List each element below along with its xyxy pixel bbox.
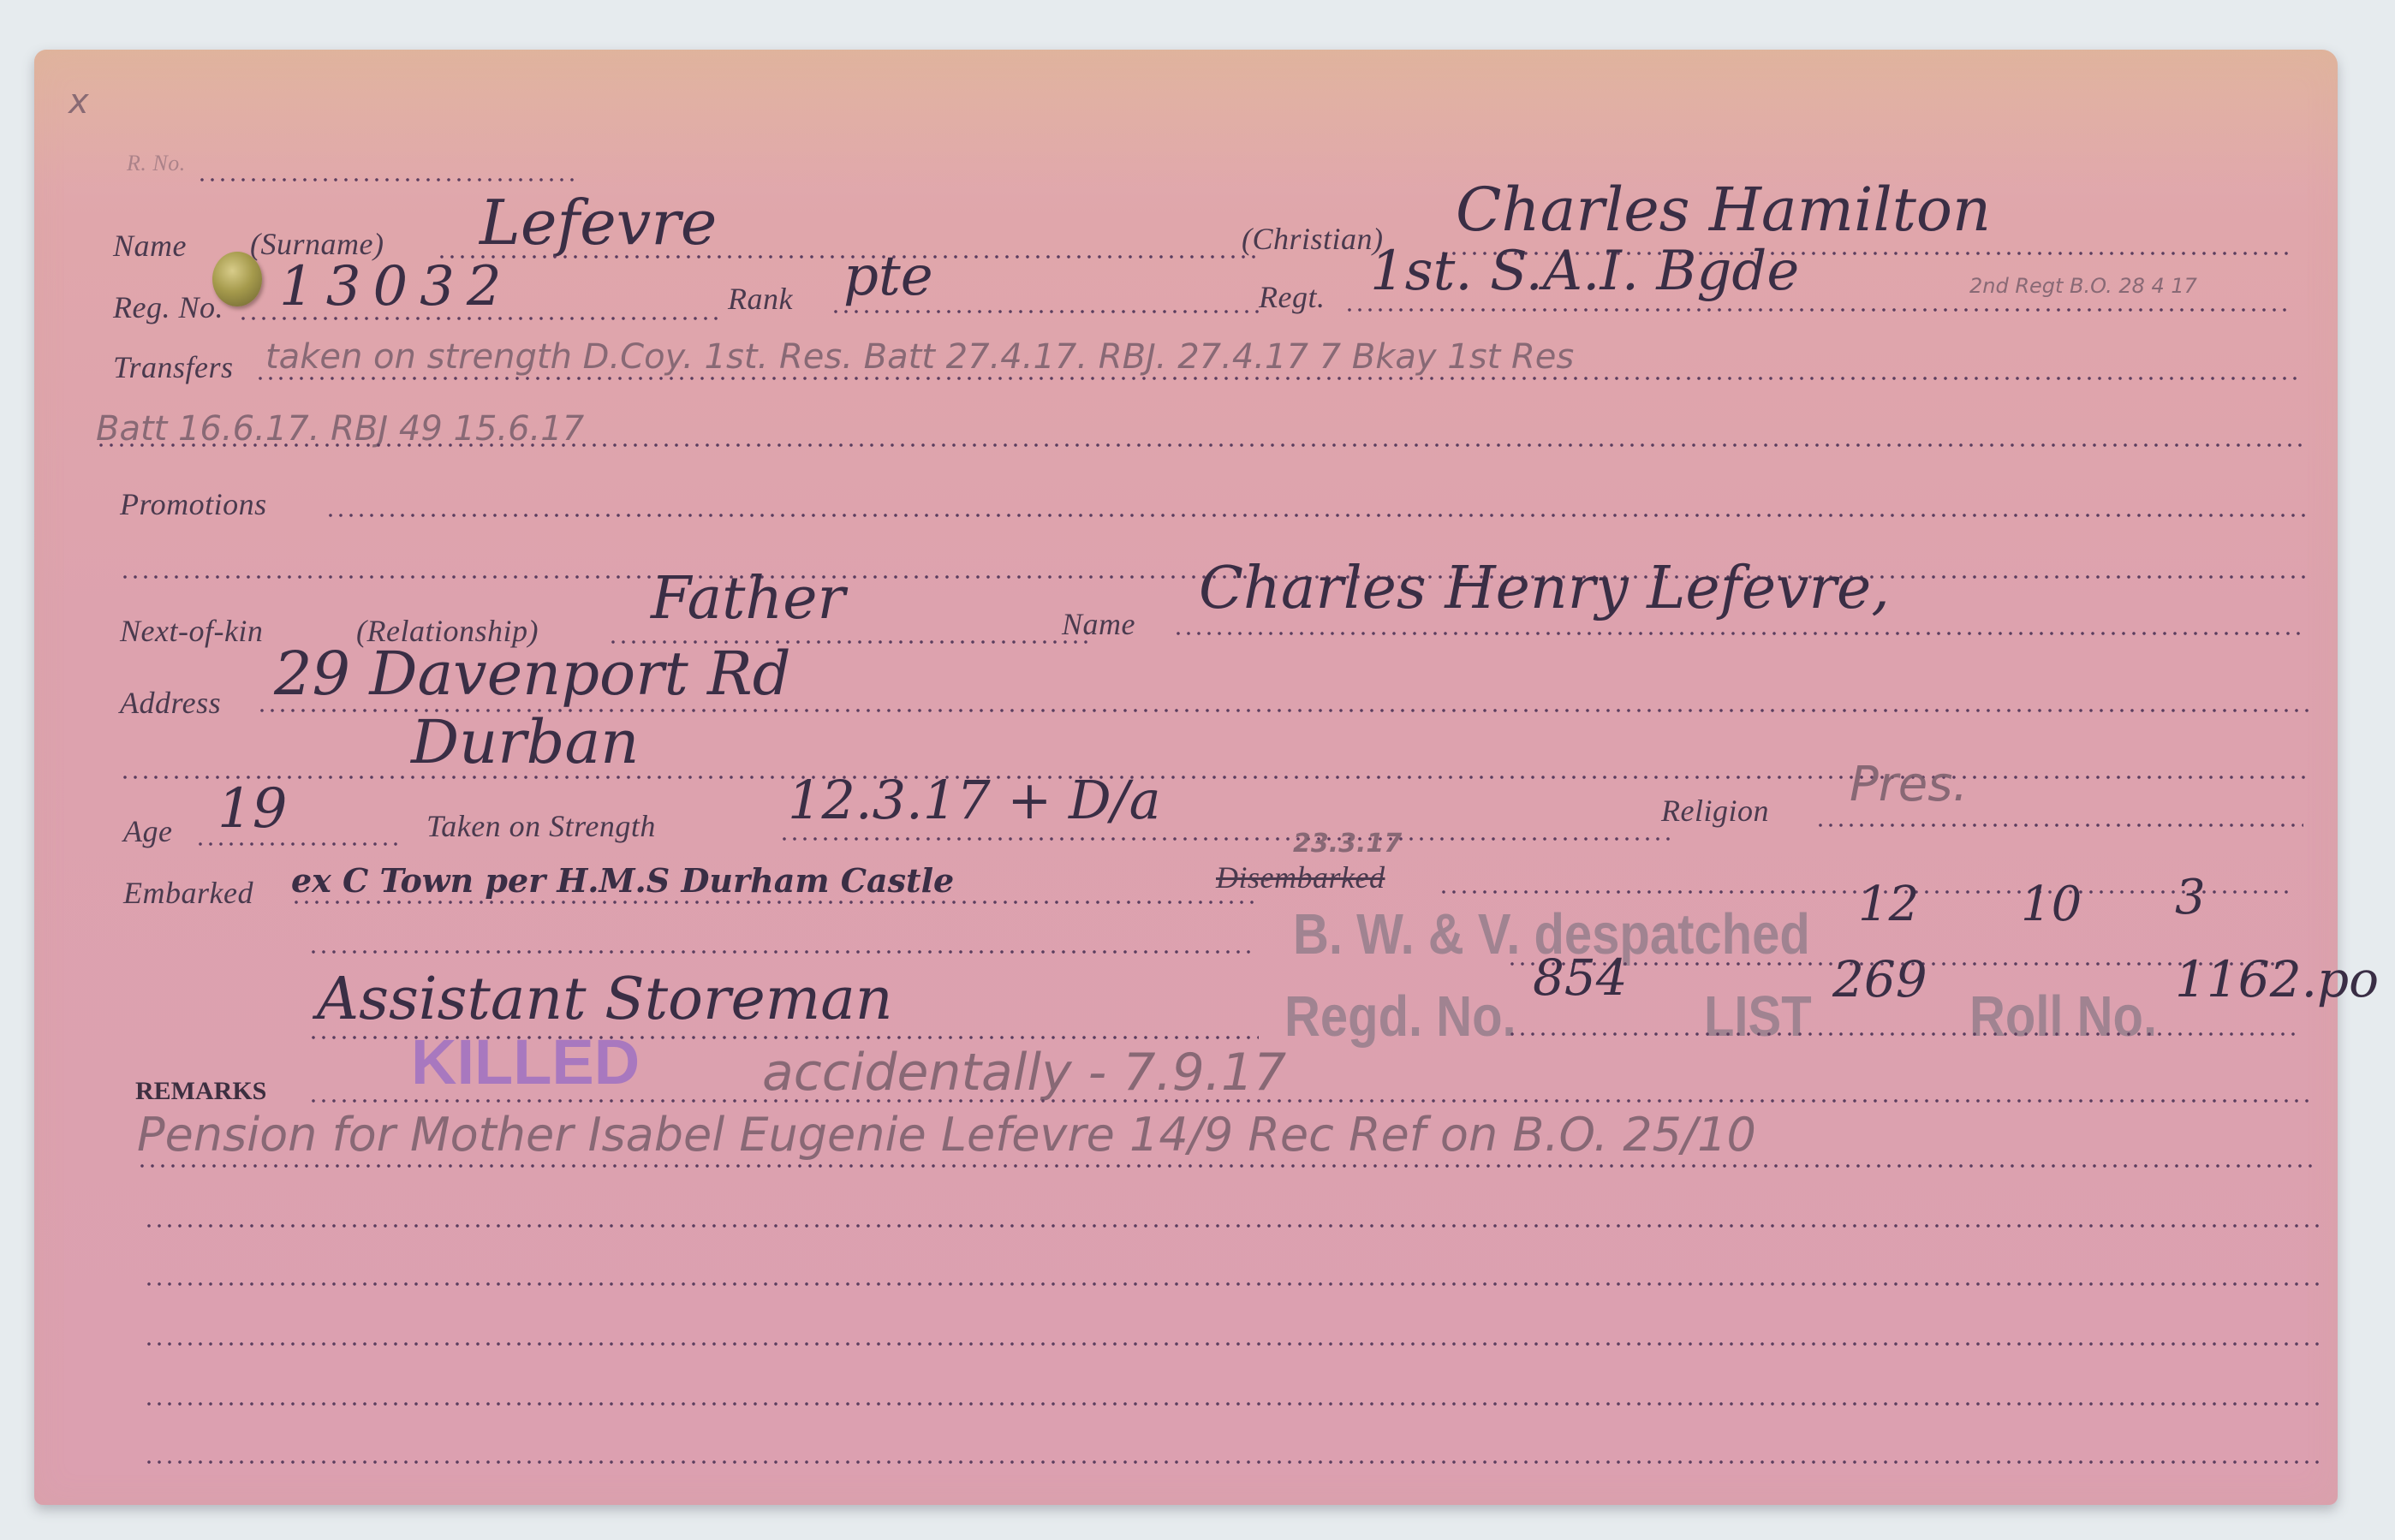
taken-on-strength-dotted-line — [779, 837, 1670, 841]
embarked-value: ex C Town per H.M.S Durham Castle — [291, 861, 954, 900]
reg-no-label: Reg. No. — [113, 289, 223, 325]
address-label: Address — [120, 685, 221, 721]
surname-value: Lefevre — [480, 187, 717, 259]
remarks-dotted-line-5 — [144, 1342, 2319, 1346]
regd-no-stamp-label: Regd. No. — [1284, 984, 1516, 1049]
remarks-dotted-line-1 — [308, 1099, 2312, 1103]
address-dotted-line-2 — [120, 776, 2312, 779]
taken-on-strength-label: Taken on Strength — [426, 808, 656, 844]
despatched-year: 3 — [2175, 870, 2206, 925]
kin-name-label: Name — [1062, 606, 1135, 642]
age-label: Age — [123, 813, 172, 849]
top-field-dotted-line — [197, 178, 574, 181]
service-record-card: x R. No. Name (Surname) Lefevre (Christi… — [34, 50, 2338, 1505]
list-value: 269 — [1832, 950, 1927, 1008]
transfers-dotted-line-2 — [96, 443, 2305, 447]
christian-name-label: (Christian) — [1242, 221, 1384, 257]
rank-label: Rank — [728, 281, 793, 317]
occupation-dotted-line-top — [308, 950, 1250, 954]
regt-label: Regt. — [1259, 279, 1325, 315]
occupation-value: Assistant Storeman — [317, 966, 893, 1033]
remarks-dotted-line-7 — [144, 1460, 2319, 1464]
promotions-label: Promotions — [120, 486, 267, 522]
killed-stamp: KILLED — [411, 1026, 640, 1098]
roll-no-value: 1162.po — [2175, 950, 2379, 1008]
roll-no-stamp-label: Roll No. — [1969, 984, 2157, 1049]
regt-dotted-line — [1344, 308, 2286, 312]
next-of-kin-label: Next-of-kin — [120, 613, 263, 649]
remarks-dotted-line-2 — [137, 1164, 2312, 1168]
religion-value: Pres. — [1850, 757, 1968, 812]
rank-dotted-line — [831, 310, 1259, 313]
reg-no-value: 13032 — [279, 255, 514, 318]
transfers-dotted-line-1 — [255, 377, 2302, 380]
age-value: 19 — [217, 777, 287, 841]
taken-on-strength-value: 12.3.17 + D/a — [788, 769, 1161, 831]
despatched-month: 10 — [2021, 877, 2082, 932]
kin-name-value: Charles Henry Lefevre, — [1199, 555, 1890, 622]
religion-dotted-line — [1815, 824, 2303, 827]
top-field-label: R. No. — [127, 151, 186, 176]
remarks-dotted-line-3 — [144, 1224, 2319, 1228]
regd-dotted-line — [1507, 1032, 2295, 1036]
despatched-day: 12 — [1858, 877, 1919, 932]
list-stamp-label: LIST — [1704, 984, 1812, 1049]
age-dotted-line — [195, 842, 401, 846]
address-line-2: Durban — [411, 707, 639, 777]
corner-mark: x — [69, 82, 89, 122]
christian-name-value: Charles Hamilton — [1456, 175, 1991, 245]
transfers-line-1: taken on strength D.Coy. 1st. Res. Batt … — [265, 337, 1574, 377]
remarks-line-1: accidentally - 7.9.17 — [762, 1043, 1286, 1103]
disembarked-value: 23.3.17 — [1293, 829, 1402, 859]
disembarked-label: Disembarked — [1216, 859, 1385, 895]
regt-note: 2nd Regt B.O. 28 4 17 — [1969, 274, 2197, 298]
embarked-dotted-line — [291, 901, 1259, 904]
rank-value: pte — [843, 245, 933, 308]
transfers-label: Transfers — [113, 349, 234, 385]
relationship-value: Father — [651, 565, 845, 633]
regt-value: 1st. S.A.I. Bgde — [1370, 240, 1799, 303]
remarks-line-2: Pension for Mother Isabel Eugenie Lefevr… — [137, 1108, 1756, 1162]
name-label: Name — [113, 228, 187, 264]
religion-label: Religion — [1661, 793, 1769, 829]
regd-no-value: 854 — [1533, 948, 1628, 1007]
embarked-label: Embarked — [123, 875, 253, 911]
promotions-dotted-line-1 — [325, 514, 2312, 517]
remarks-label: REMARKS — [135, 1077, 266, 1106]
reg-dotted-line — [238, 317, 718, 320]
kin-name-dotted-line — [1173, 632, 2303, 635]
remarks-dotted-line-4 — [144, 1282, 2319, 1286]
remarks-dotted-line-6 — [144, 1402, 2319, 1406]
address-line-1: 29 Davenport Rd — [274, 639, 791, 709]
